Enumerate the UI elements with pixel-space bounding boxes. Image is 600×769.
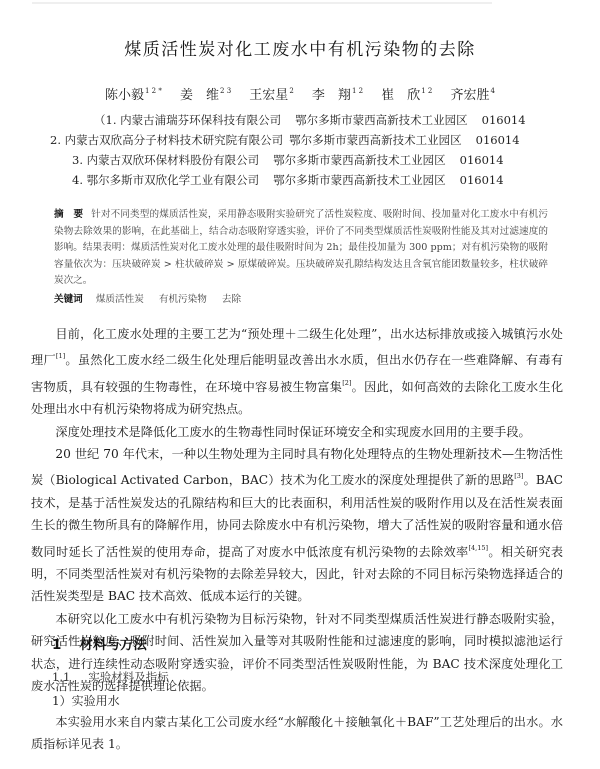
subsection-heading: 1.1实验材料及指标 <box>52 669 169 685</box>
author: 姜 维2 3 <box>180 84 231 103</box>
paragraph: 深度处理技术是降低化工废水的生物毒性同时保证环境安全和实现废水回用的主要手段。 <box>31 421 563 443</box>
citation: [1] <box>56 352 65 360</box>
paragraph: 目前，化工废水处理的主要工艺为“预处理＋二级生化处理”，出水达标排放或接入城镇污… <box>31 323 563 421</box>
keyword: 煤质活性炭 <box>96 294 144 305</box>
abstract-text: 针对不同类型的煤质活性炭，采用静态吸附实验研究了活性炭粒度、吸附时间、投加量对化… <box>54 209 548 286</box>
affiliation: 2. 内蒙古双欣高分子材料技术研究院有限公司鄂尔多斯市蒙西高新技术工业园区016… <box>0 130 600 150</box>
abstract: 摘 要针对不同类型的煤质活性炭，采用静态吸附实验研究了活性炭粒度、吸附时间、投加… <box>54 207 548 290</box>
abstract-label: 摘 要 <box>54 209 83 220</box>
affiliation: 4. 鄂尔多斯市双欣化学工业有限公司鄂尔多斯市蒙西高新技术工业园区016014 <box>0 170 600 190</box>
keyword: 去除 <box>222 294 241 305</box>
author-list: 陈小毅1 2 * 姜 维2 3 王宏星2 李 翔1 2 崔 欣1 2 齐宏胜4 <box>0 84 600 103</box>
paper-title: 煤质活性炭对化工废水中有机污染物的去除 <box>0 35 600 60</box>
section-heading: 1材料与方法 <box>52 633 147 653</box>
subsubsection-heading: 1）实验用水 <box>52 692 120 709</box>
author: 王宏星2 <box>249 84 293 103</box>
affiliation-list: （1. 内蒙古浦瑞芬环保科技有限公司鄂尔多斯市蒙西高新技术工业园区016014 … <box>0 110 600 190</box>
affiliation: （1. 内蒙古浦瑞芬环保科技有限公司鄂尔多斯市蒙西高新技术工业园区016014 <box>0 110 600 130</box>
paragraph: 20 世纪 70 年代末，一种以生物处理为主同时具有物化处理特点的生物处理新技术… <box>31 443 563 608</box>
author: 齐宏胜4 <box>451 84 495 103</box>
keywords-label: 关键词 <box>54 294 83 305</box>
citation: [4,15] <box>468 544 488 552</box>
page-top-rule <box>32 2 492 4</box>
materials-text: 本实验用水来自内蒙古某化工公司废水经“水解酸化＋接触氧化＋BAF”工艺处理后的出… <box>31 711 563 756</box>
keyword: 有机污染物 <box>159 294 207 305</box>
author: 陈小毅1 2 * <box>105 84 162 103</box>
paragraph: 本实验用水来自内蒙古某化工公司废水经“水解酸化＋接触氧化＋BAF”工艺处理后的出… <box>31 711 563 756</box>
keywords: 关键词 煤质活性炭 有机污染物 去除 <box>54 291 548 305</box>
author: 李 翔1 2 <box>312 84 363 103</box>
author: 崔 欣1 2 <box>381 84 432 103</box>
affiliation: 3. 内蒙古双欣环保材料股份有限公司鄂尔多斯市蒙西高新技术工业园区016014 <box>0 150 600 170</box>
